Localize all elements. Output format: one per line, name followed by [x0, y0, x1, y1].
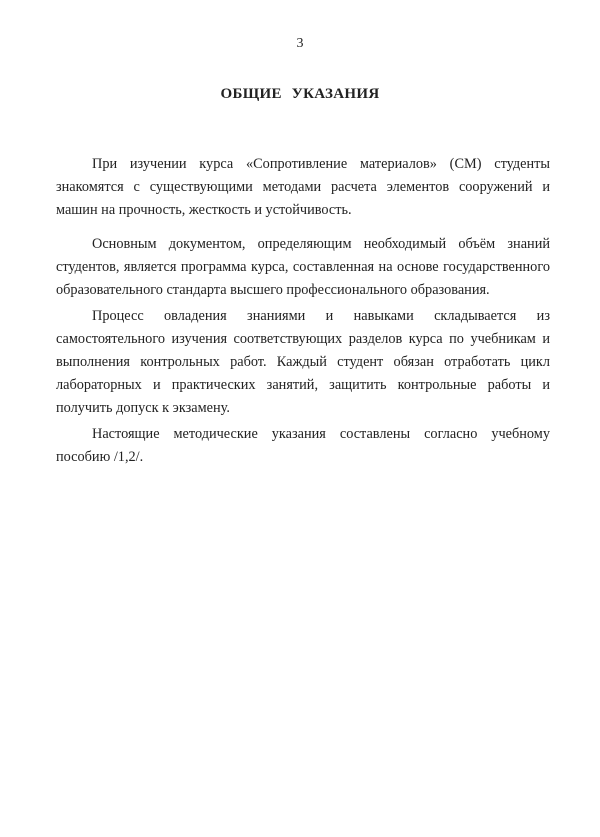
section-title: ОБЩИЕ УКАЗАНИЯ	[0, 86, 600, 103]
paragraph-course-intro: При изучении курса «Сопротивление матери…	[56, 153, 550, 222]
paragraph-references: Настоящие методические указания составле…	[56, 423, 550, 469]
paragraph-main-document: Основным документом, определяющим необхо…	[56, 233, 550, 302]
page-number: 3	[0, 36, 600, 52]
paragraph-learning-process: Процесс овладения знаниями и навыками ск…	[56, 305, 550, 420]
body-text: При изучении курса «Сопротивление матери…	[56, 153, 550, 469]
